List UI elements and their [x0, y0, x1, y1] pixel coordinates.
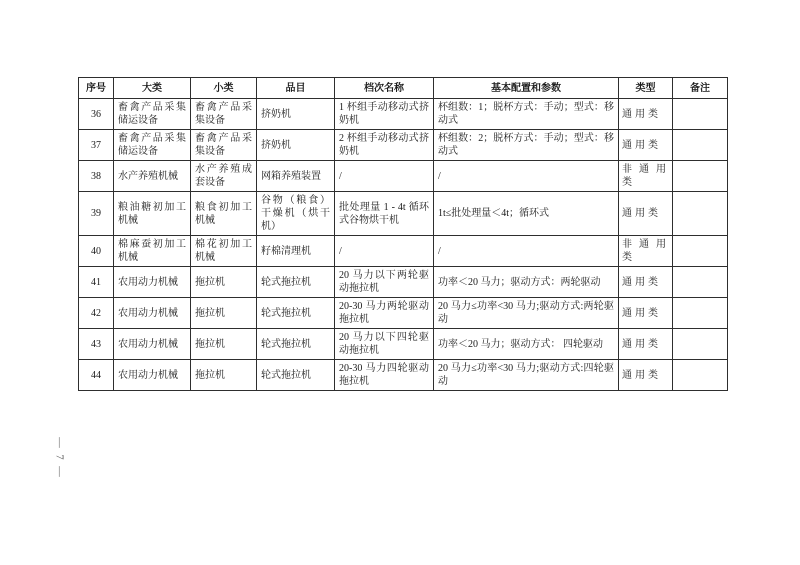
cell-item: 网箱养殖装置 [257, 161, 335, 192]
table-header: 序号 大类 小类 品目 档次名称 基本配置和参数 类型 备注 [79, 78, 728, 99]
cell-type: 非通用类 [619, 236, 673, 267]
table-row: 41 农用动力机械 拖拉机 轮式拖拉机 20 马力以下两轮驱动拖拉机 功率＜20… [79, 267, 728, 298]
cell-type: 非通用类 [619, 161, 673, 192]
document-page: — 7 — 序号 大类 小类 品目 档次名称 基本配置和参数 类型 备注 [0, 0, 800, 565]
cell-config: 20 马力≤功率<30 马力;驱动方式:四轮驱动 [434, 360, 619, 391]
cell-note [673, 99, 728, 130]
col-header-type: 类型 [619, 78, 673, 99]
cell-seq: 44 [79, 360, 114, 391]
cell-type: 通用类 [619, 267, 673, 298]
cell-config: / [434, 161, 619, 192]
col-header-major: 大类 [114, 78, 191, 99]
cell-grade: 批处理量 1 - 4t 循环式谷物烘干机 [335, 192, 434, 236]
table-body: 36 畜禽产品采集储运设备 畜禽产品采集设备 挤奶机 1 杯组手动移动式挤奶机 … [79, 99, 728, 391]
col-header-minor: 小类 [191, 78, 257, 99]
machinery-classification-table: 序号 大类 小类 品目 档次名称 基本配置和参数 类型 备注 36 畜禽产品采集… [78, 77, 728, 391]
cell-type: 通用类 [619, 192, 673, 236]
cell-note [673, 130, 728, 161]
cell-note [673, 329, 728, 360]
cell-seq: 39 [79, 192, 114, 236]
cell-type: 通用类 [619, 298, 673, 329]
table-row: 38 水产养殖机械 水产养殖成套设备 网箱养殖装置 / / 非通用类 [79, 161, 728, 192]
cell-item: 轮式拖拉机 [257, 267, 335, 298]
header-row: 序号 大类 小类 品目 档次名称 基本配置和参数 类型 备注 [79, 78, 728, 99]
table-row: 43 农用动力机械 拖拉机 轮式拖拉机 20 马力以下四轮驱动拖拉机 功率＜20… [79, 329, 728, 360]
cell-seq: 36 [79, 99, 114, 130]
cell-major: 棉麻蚕初加工机械 [114, 236, 191, 267]
cell-grade: / [335, 161, 434, 192]
cell-major: 水产养殖机械 [114, 161, 191, 192]
cell-major: 畜禽产品采集储运设备 [114, 99, 191, 130]
cell-minor: 拖拉机 [191, 298, 257, 329]
cell-config: / [434, 236, 619, 267]
cell-config: 1t≤批处理量＜4t；循环式 [434, 192, 619, 236]
cell-major: 粮油糖初加工机械 [114, 192, 191, 236]
cell-item: 籽棉清理机 [257, 236, 335, 267]
cell-seq: 37 [79, 130, 114, 161]
cell-config: 杯组数：1；脱杯方式：手动；型式：移动式 [434, 99, 619, 130]
cell-seq: 38 [79, 161, 114, 192]
table-row: 37 畜禽产品采集储运设备 畜禽产品采集设备 挤奶机 2 杯组手动移动式挤奶机 … [79, 130, 728, 161]
cell-type: 通用类 [619, 99, 673, 130]
cell-minor: 畜禽产品采集设备 [191, 130, 257, 161]
col-header-seq: 序号 [79, 78, 114, 99]
col-header-item: 品目 [257, 78, 335, 99]
table-row: 36 畜禽产品采集储运设备 畜禽产品采集设备 挤奶机 1 杯组手动移动式挤奶机 … [79, 99, 728, 130]
col-header-note: 备注 [673, 78, 728, 99]
cell-grade: / [335, 236, 434, 267]
cell-note [673, 298, 728, 329]
cell-item: 谷物（粮食）干燥机（烘干机） [257, 192, 335, 236]
cell-note [673, 267, 728, 298]
cell-type: 通用类 [619, 329, 673, 360]
cell-grade: 20 马力以下四轮驱动拖拉机 [335, 329, 434, 360]
cell-note [673, 236, 728, 267]
cell-seq: 42 [79, 298, 114, 329]
cell-item: 挤奶机 [257, 99, 335, 130]
cell-grade: 2 杯组手动移动式挤奶机 [335, 130, 434, 161]
cell-item: 轮式拖拉机 [257, 298, 335, 329]
cell-minor: 畜禽产品采集设备 [191, 99, 257, 130]
cell-minor: 拖拉机 [191, 329, 257, 360]
cell-seq: 41 [79, 267, 114, 298]
cell-type: 通用类 [619, 130, 673, 161]
cell-config: 功率＜20 马力；驱动方式： 四轮驱动 [434, 329, 619, 360]
cell-major: 畜禽产品采集储运设备 [114, 130, 191, 161]
table-row: 39 粮油糖初加工机械 粮食初加工机械 谷物（粮食）干燥机（烘干机） 批处理量 … [79, 192, 728, 236]
cell-item: 轮式拖拉机 [257, 329, 335, 360]
col-header-config: 基本配置和参数 [434, 78, 619, 99]
cell-minor: 拖拉机 [191, 360, 257, 391]
cell-seq: 43 [79, 329, 114, 360]
col-header-grade: 档次名称 [335, 78, 434, 99]
cell-grade: 20-30 马力两轮驱动拖拉机 [335, 298, 434, 329]
cell-type: 通用类 [619, 360, 673, 391]
cell-note [673, 360, 728, 391]
table-row: 42 农用动力机械 拖拉机 轮式拖拉机 20-30 马力两轮驱动拖拉机 20 马… [79, 298, 728, 329]
cell-grade: 1 杯组手动移动式挤奶机 [335, 99, 434, 130]
page-number: — 7 — [54, 437, 65, 479]
cell-item: 轮式拖拉机 [257, 360, 335, 391]
cell-config: 功率＜20 马力；驱动方式：两轮驱动 [434, 267, 619, 298]
cell-minor: 水产养殖成套设备 [191, 161, 257, 192]
cell-minor: 棉花初加工机械 [191, 236, 257, 267]
cell-major: 农用动力机械 [114, 298, 191, 329]
cell-minor: 粮食初加工机械 [191, 192, 257, 236]
table-row: 44 农用动力机械 拖拉机 轮式拖拉机 20-30 马力四轮驱动拖拉机 20 马… [79, 360, 728, 391]
cell-major: 农用动力机械 [114, 267, 191, 298]
cell-config: 杯组数：2；脱杯方式：手动；型式：移动式 [434, 130, 619, 161]
table-row: 40 棉麻蚕初加工机械 棉花初加工机械 籽棉清理机 / / 非通用类 [79, 236, 728, 267]
cell-grade: 20-30 马力四轮驱动拖拉机 [335, 360, 434, 391]
cell-minor: 拖拉机 [191, 267, 257, 298]
cell-note [673, 192, 728, 236]
cell-grade: 20 马力以下两轮驱动拖拉机 [335, 267, 434, 298]
cell-item: 挤奶机 [257, 130, 335, 161]
cell-major: 农用动力机械 [114, 329, 191, 360]
cell-config: 20 马力≤功率<30 马力;驱动方式:两轮驱动 [434, 298, 619, 329]
cell-seq: 40 [79, 236, 114, 267]
cell-note [673, 161, 728, 192]
cell-major: 农用动力机械 [114, 360, 191, 391]
